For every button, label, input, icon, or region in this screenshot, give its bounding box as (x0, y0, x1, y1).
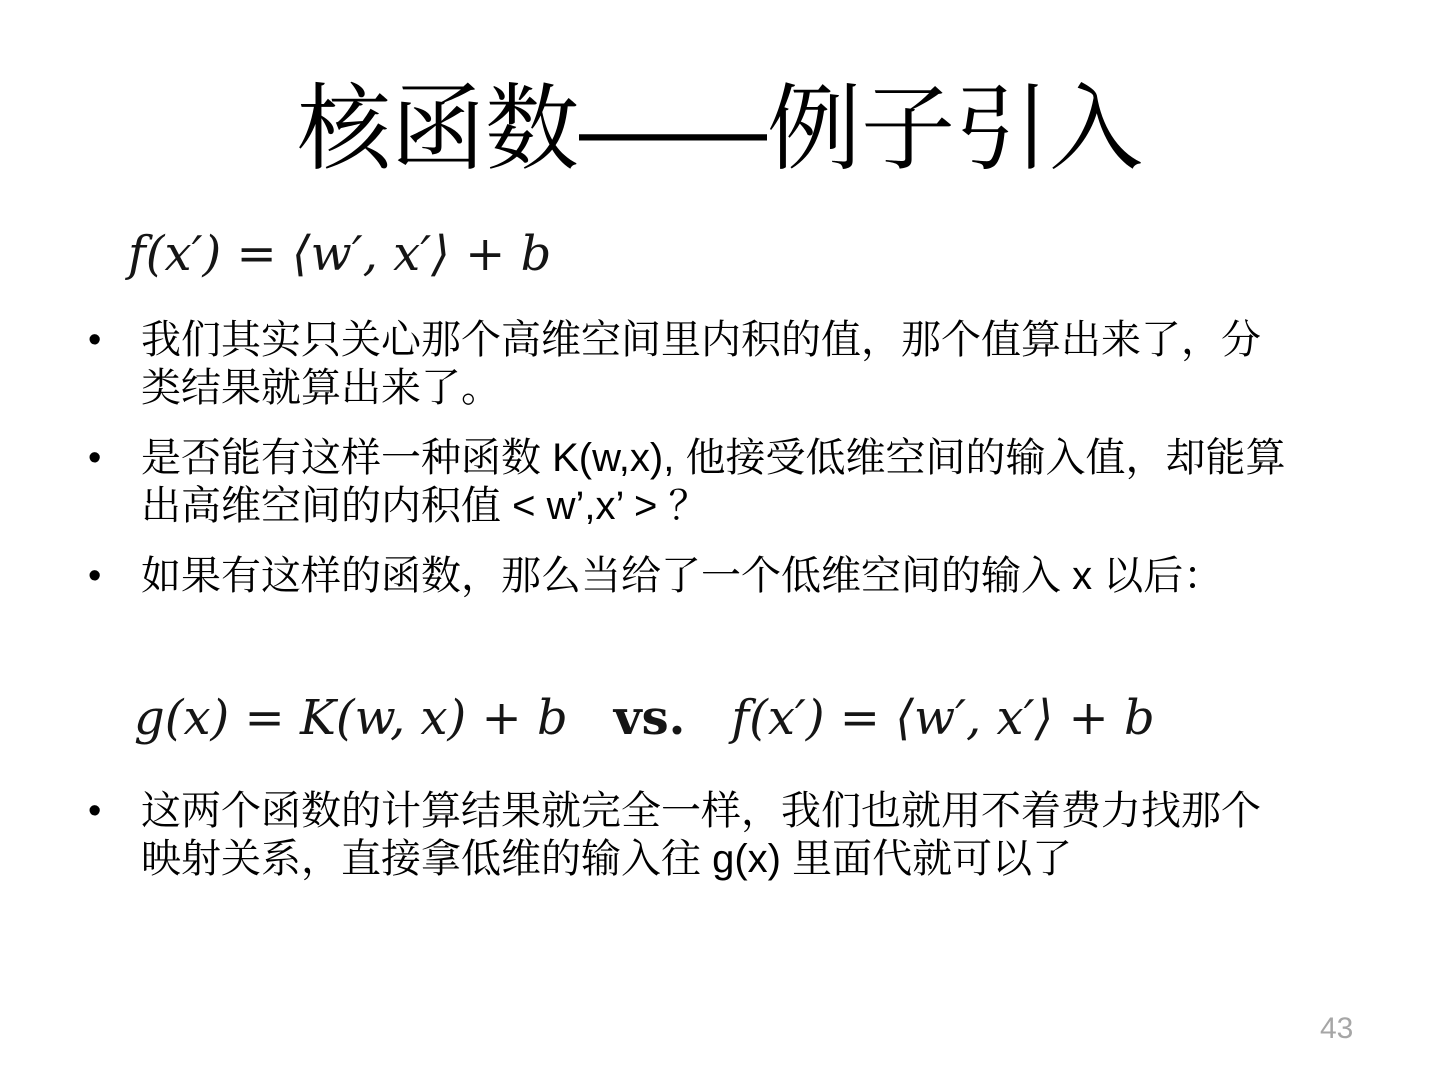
slide: 核函数——例子引入 f(x′) = ⟨w′, x′⟩ + b 我们其实只关心那个… (0, 0, 1440, 1080)
bullet-item: 如果有这样的函数，那么当给了一个低维空间的输入 x 以后： (86, 552, 1386, 600)
formula-fx-top: f(x′) = ⟨w′, x′⟩ + b (128, 226, 551, 282)
bullet-item: 是否能有这样一种函数 K(w,x), 他接受低维空间的输入值，却能算 出高维空间… (86, 434, 1386, 530)
page-number: 43 (1320, 1012, 1353, 1046)
formula-gx-left: g(x) = K(w, x) + b (134, 690, 568, 746)
bullet-item: 我们其实只关心那个高维空间里内积的值，那个值算出来了，分 类结果就算出来了。 (86, 316, 1386, 412)
slide-title: 核函数——例子引入 (0, 70, 1440, 188)
vs-label: vs. (614, 690, 686, 746)
bullet-list-bottom: 这两个函数的计算结果就完全一样，我们也就用不着费力找那个 映射关系，直接拿低维的… (86, 787, 1386, 905)
formula-comparison: g(x) = K(w, x) + bvs.f(x′) = ⟨w′, x′⟩ + … (134, 690, 1155, 746)
bullet-item: 这两个函数的计算结果就完全一样，我们也就用不着费力找那个 映射关系，直接拿低维的… (86, 787, 1386, 883)
formula-fx-right: f(x′) = ⟨w′, x′⟩ + b (731, 690, 1154, 746)
bullet-list-top: 我们其实只关心那个高维空间里内积的值，那个值算出来了，分 类结果就算出来了。是否… (86, 316, 1386, 622)
